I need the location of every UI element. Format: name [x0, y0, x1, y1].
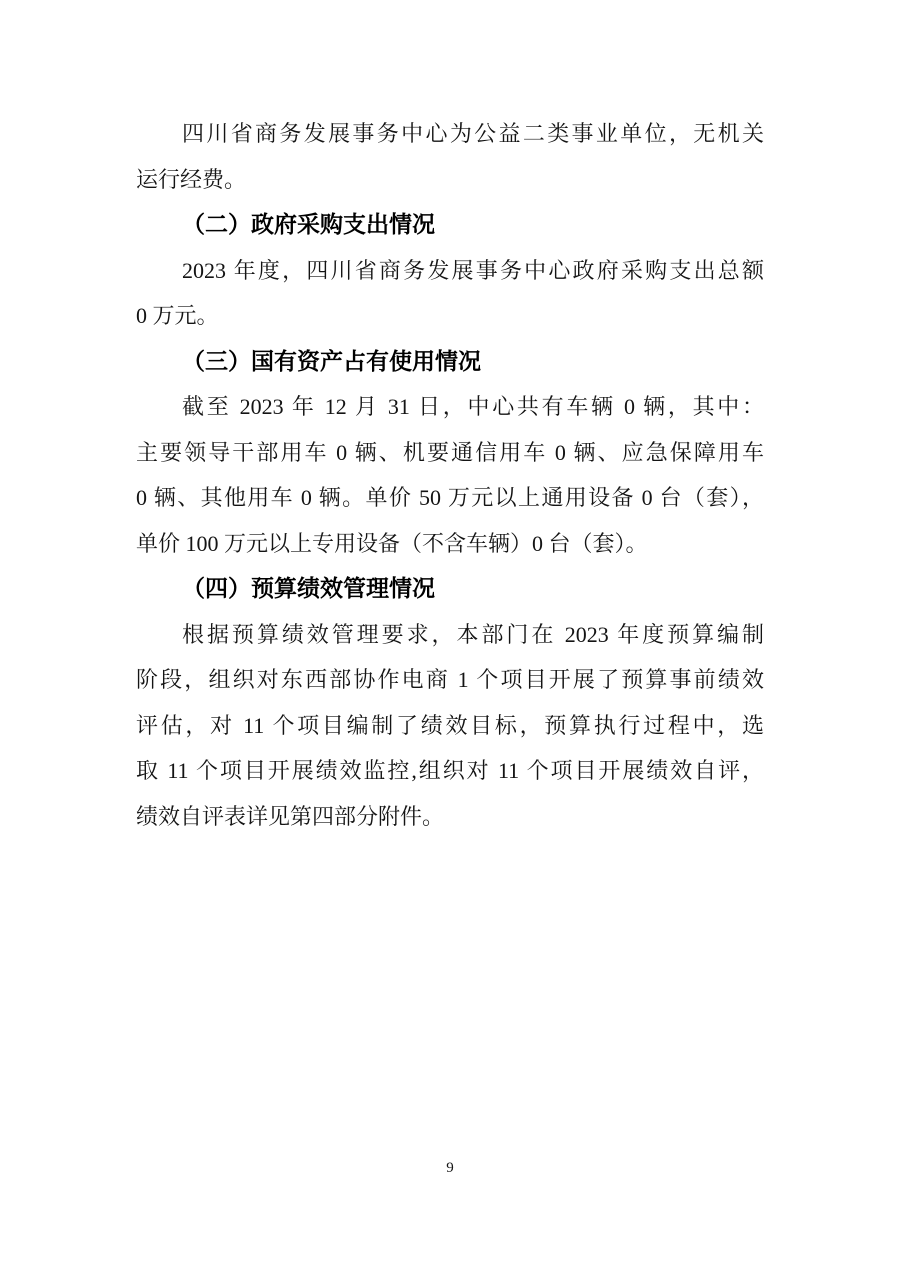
page-number: 9 — [0, 1158, 900, 1178]
paragraph-line: 取 11 个项目开展绩效监控,组织对 11 个项目开展绩效自评， — [136, 748, 764, 794]
paragraph-line: 主要领导干部用车 0 辆、机要通信用车 0 辆、应急保障用车 — [136, 430, 764, 476]
paragraph-line: 单价 100 万元以上专用设备（不含车辆）0 台（套）。 — [136, 521, 764, 567]
paragraph-line: 截至 2023 年 12 月 31 日，中心共有车辆 0 辆，其中： — [136, 384, 764, 430]
paragraph-line: 四川省商务发展事务中心为公益二类事业单位，无机关 — [136, 111, 764, 157]
section-heading-budget-performance: （四）预算绩效管理情况 — [136, 566, 764, 612]
paragraph-line: 阶段，组织对东西部协作电商 1 个项目开展了预算事前绩效 — [136, 657, 764, 703]
paragraph-line: 评估，对 11 个项目编制了绩效目标，预算执行过程中，选 — [136, 703, 764, 749]
section-heading-government-procurement: （二）政府采购支出情况 — [136, 202, 764, 248]
document-body: 四川省商务发展事务中心为公益二类事业单位，无机关 运行经费。 （二）政府采购支出… — [136, 111, 764, 839]
paragraph-line: 2023 年度，四川省商务发展事务中心政府采购支出总额 — [136, 248, 764, 294]
paragraph-line: 绩效自评表详见第四部分附件。 — [136, 794, 764, 840]
paragraph-line: 运行经费。 — [136, 157, 764, 203]
paragraph-line: 0 辆、其他用车 0 辆。单价 50 万元以上通用设备 0 台（套）， — [136, 475, 764, 521]
document-page: 四川省商务发展事务中心为公益二类事业单位，无机关 运行经费。 （二）政府采购支出… — [0, 0, 900, 1273]
section-heading-state-assets: （三）国有资产占有使用情况 — [136, 339, 764, 385]
paragraph-line: 0 万元。 — [136, 293, 764, 339]
paragraph-line: 根据预算绩效管理要求，本部门在 2023 年度预算编制 — [136, 612, 764, 658]
